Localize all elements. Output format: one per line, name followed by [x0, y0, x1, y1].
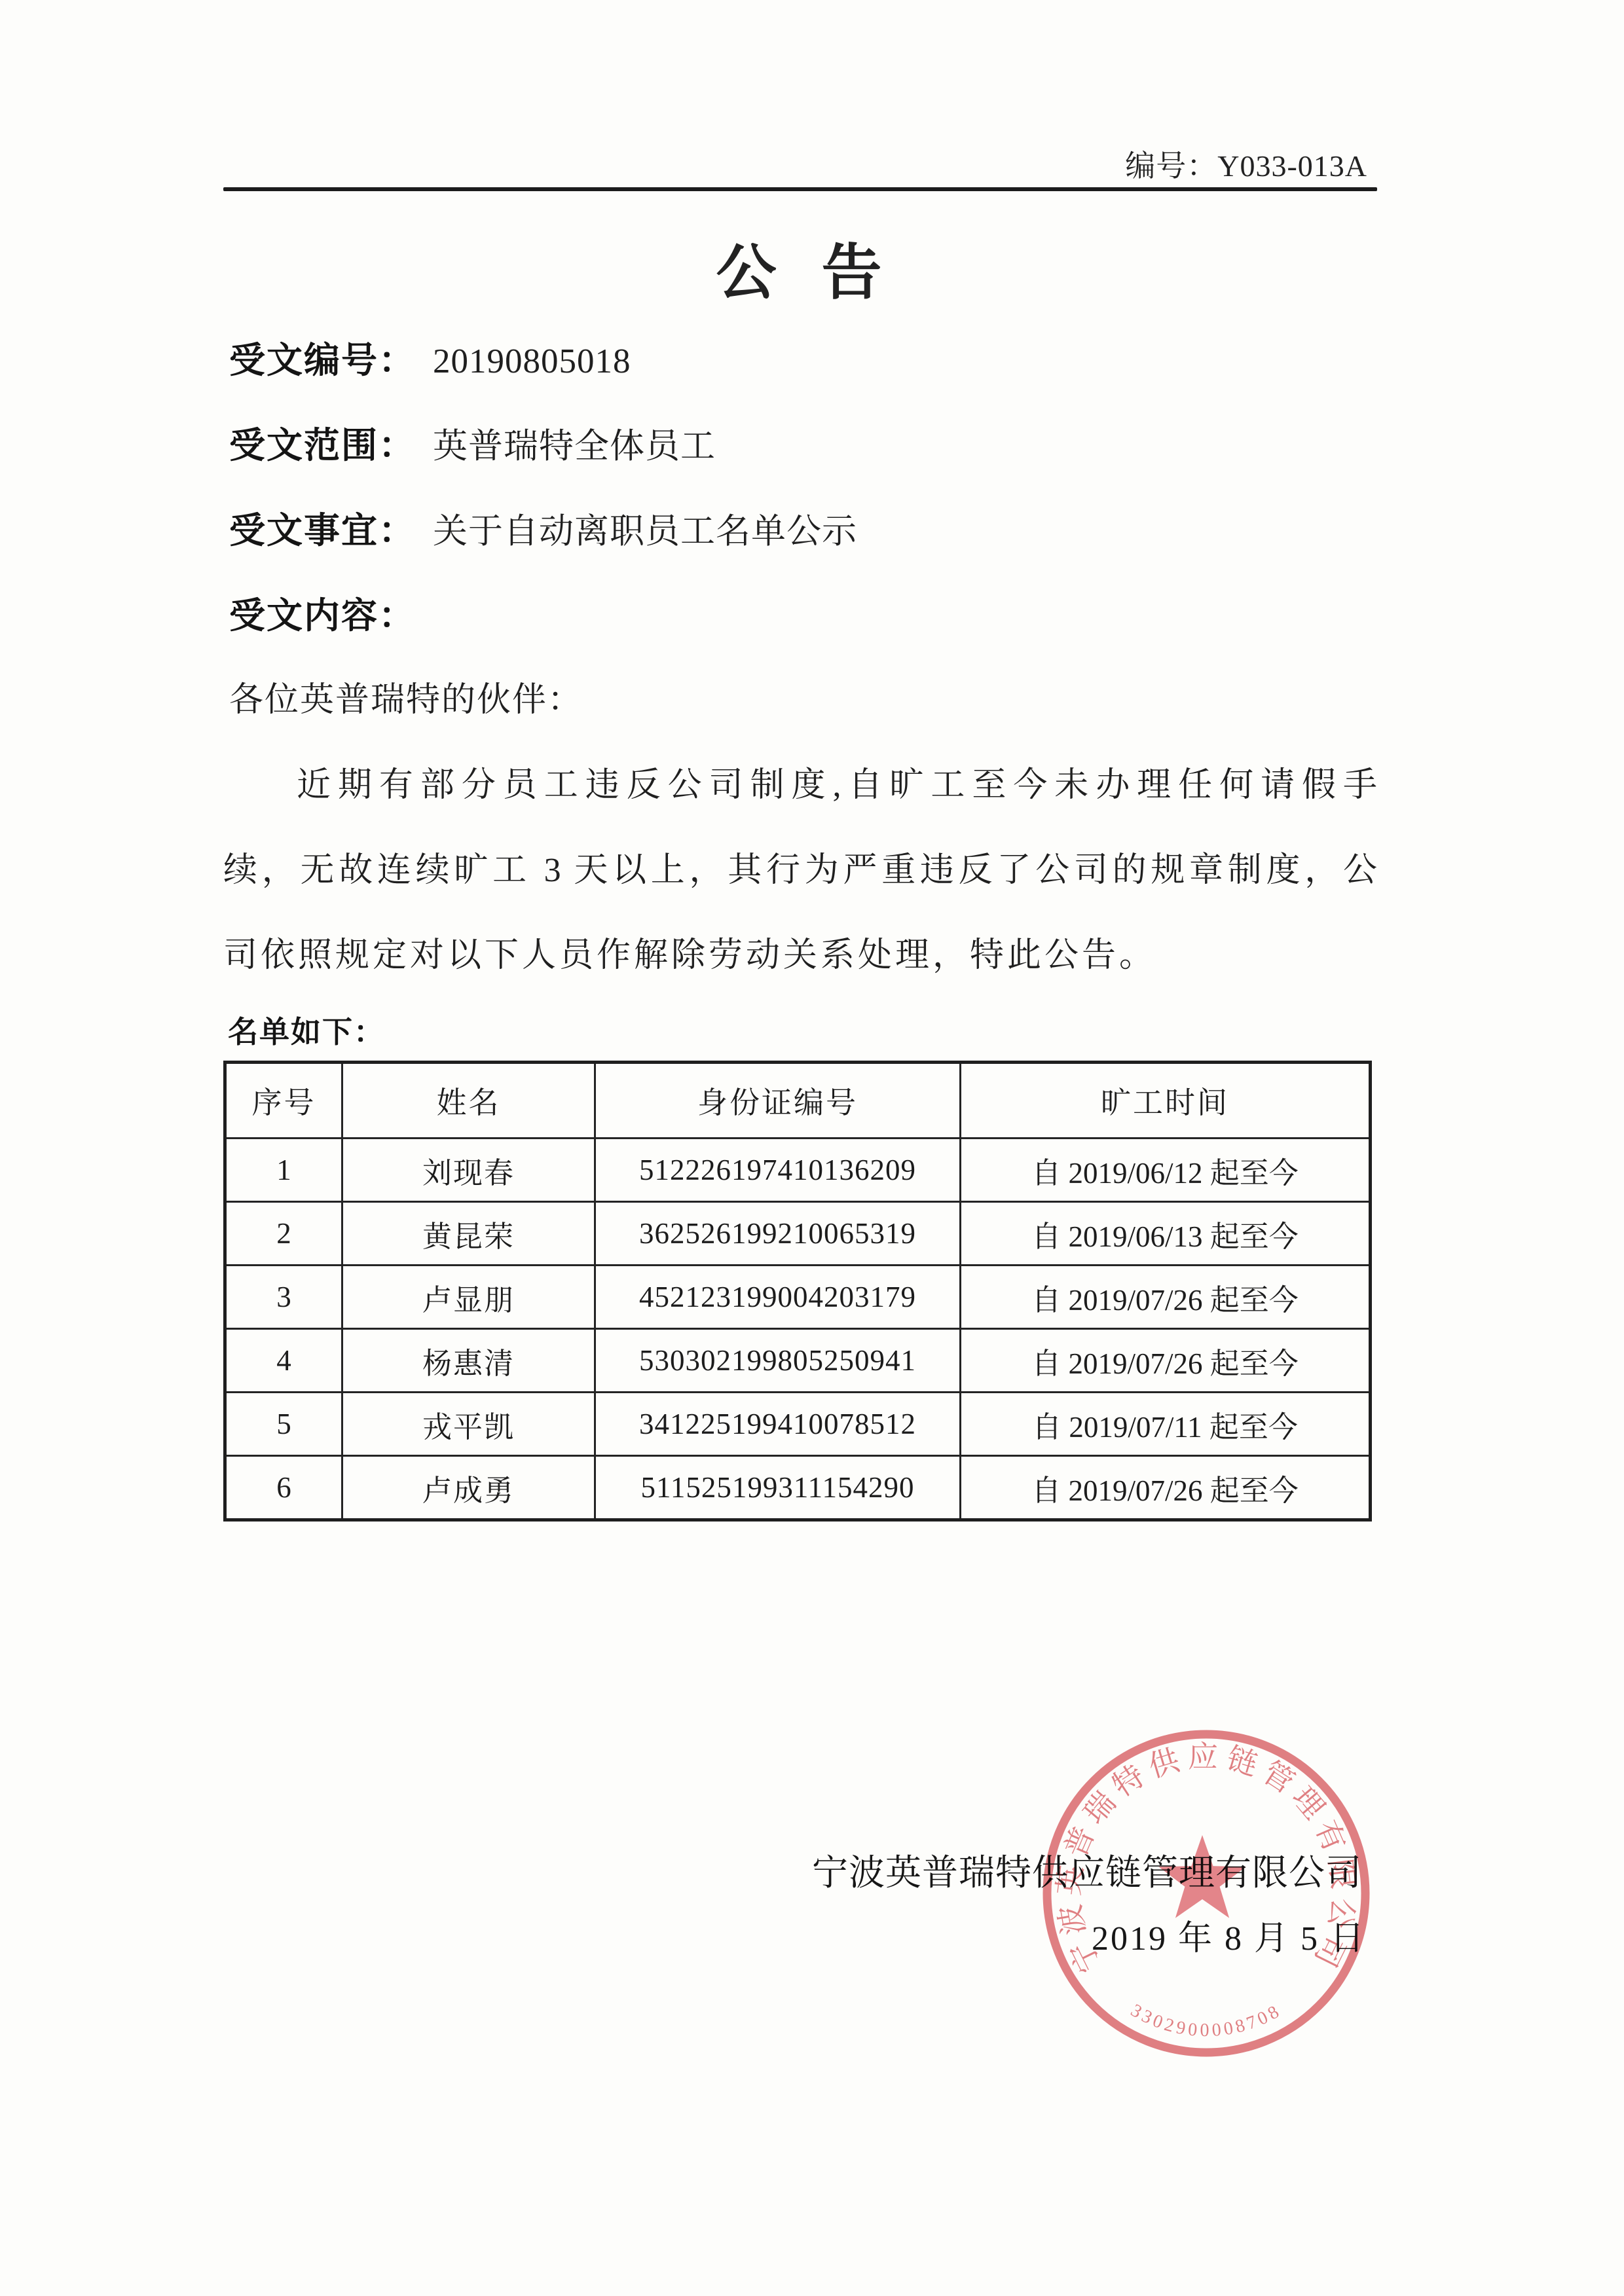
table-cell-r4-c2: 杨惠清 [342, 1329, 595, 1393]
meta-line-2: 受文范围：英普瑞特全体员工 [229, 424, 1375, 468]
table-cell-r6-c1: 6 [225, 1456, 342, 1520]
list-label: 名单如下： [228, 1012, 752, 1053]
table-cell-r5-c4: 自 2019/07/11 起至今 [961, 1393, 1371, 1456]
table-cell-r2-c3: 362526199210065319 [595, 1202, 961, 1266]
table-cell-r3-c2: 卢显朋 [342, 1266, 595, 1329]
table-cell-r4-c1: 4 [225, 1329, 342, 1393]
table-cell-r6-c4: 自 2019/07/26 起至今 [961, 1456, 1371, 1520]
table-cell-r1-c3: 512226197410136209 [595, 1139, 961, 1202]
paragraph-line-2: 续，无故连续旷工 3 天以上，其行为严重违反了公司的规章制度，公 [223, 849, 1377, 892]
table-cell-r4-c3: 530302199805250941 [595, 1329, 961, 1393]
table-header-row: 序号姓名身份证编号旷工时间 [225, 1063, 1371, 1139]
meta-line-4: 受文内容： [229, 594, 1375, 638]
meta-label: 受文编号： [229, 340, 416, 380]
signature-date: 2019 年 8 月 5 日 [223, 1920, 1366, 1959]
meta-label: 受文内容： [229, 596, 416, 636]
table-row: 5戎平凯341225199410078512自 2019/07/11 起至今 [225, 1393, 1371, 1456]
paragraph-line-1: 近期有部分员工违反公司制度,自旷工至今未办理任何请假手 [223, 764, 1377, 807]
table-cell-r3-c1: 3 [225, 1266, 342, 1329]
doc-number: 编号：Y033-013A [223, 146, 1367, 187]
meta-value: 20190805018 [433, 342, 631, 380]
table-row: 3卢显朋452123199004203179自 2019/07/26 起至今 [225, 1266, 1371, 1329]
column-header-4: 旷工时间 [961, 1063, 1371, 1139]
meta-value: 英普瑞特全体员工 [433, 428, 716, 465]
header-rule [223, 187, 1377, 191]
announcement-document: 编号：Y033-013A 公 告 受文编号：20190805018受文范围：英普… [0, 0, 1624, 2296]
dismissal-table: 序号姓名身份证编号旷工时间 1刘现春512226197410136209自 20… [223, 1061, 1372, 1522]
table-row: 1刘现春512226197410136209自 2019/06/12 起至今 [225, 1139, 1371, 1202]
table-cell-r6-c2: 卢成勇 [342, 1456, 595, 1520]
column-header-3: 身份证编号 [595, 1063, 961, 1139]
seal-number: 3302900008708 [1127, 2000, 1285, 2041]
meta-label: 受文事宜： [229, 511, 416, 551]
table-cell-r5-c3: 341225199410078512 [595, 1393, 961, 1456]
paragraph-line-3: 司依照规定对以下人员作解除劳动关系处理，特此公告。 [223, 934, 1377, 977]
table-cell-r2-c2: 黄昆荣 [342, 1202, 595, 1266]
seal-ring [1047, 1734, 1365, 2052]
table-cell-r1-c4: 自 2019/06/12 起至今 [961, 1139, 1371, 1202]
meta-label: 受文范围： [229, 426, 416, 465]
table-cell-r1-c1: 1 [225, 1139, 342, 1202]
column-header-1: 序号 [225, 1063, 342, 1139]
table-cell-r4-c4: 自 2019/07/26 起至今 [961, 1329, 1371, 1393]
page-title: 公 告 [223, 240, 1376, 306]
table-cell-r5-c1: 5 [225, 1393, 342, 1456]
table-row: 6卢成勇511525199311154290自 2019/07/26 起至今 [225, 1456, 1371, 1520]
column-header-2: 姓名 [342, 1063, 595, 1139]
meta-line-3: 受文事宜：关于自动离职员工名单公示 [229, 509, 1375, 553]
table-cell-r1-c2: 刘现春 [342, 1139, 595, 1202]
table-cell-r3-c3: 452123199004203179 [595, 1266, 961, 1329]
meta-line-1: 受文编号：20190805018 [229, 338, 1375, 383]
company-seal-stamp: 宁波英普瑞特供应链管理有限公司 3302900008708 [1039, 1726, 1373, 2060]
table-cell-r5-c2: 戎平凯 [342, 1393, 595, 1456]
table-cell-r2-c4: 自 2019/06/13 起至今 [961, 1202, 1371, 1266]
table-cell-r2-c1: 2 [225, 1202, 342, 1266]
meta-value: 关于自动离职员工名单公示 [433, 513, 857, 551]
table-row: 4杨惠清530302199805250941自 2019/07/26 起至今 [225, 1329, 1371, 1393]
table-row: 2黄昆荣362526199210065319自 2019/06/13 起至今 [225, 1202, 1371, 1266]
salutation: 各位英普瑞特的伙伴： [229, 679, 1369, 722]
table-cell-r3-c4: 自 2019/07/26 起至今 [961, 1266, 1371, 1329]
table-cell-r6-c3: 511525199311154290 [595, 1456, 961, 1520]
signature-company: 宁波英普瑞特供应链管理有限公司 [223, 1853, 1362, 1893]
